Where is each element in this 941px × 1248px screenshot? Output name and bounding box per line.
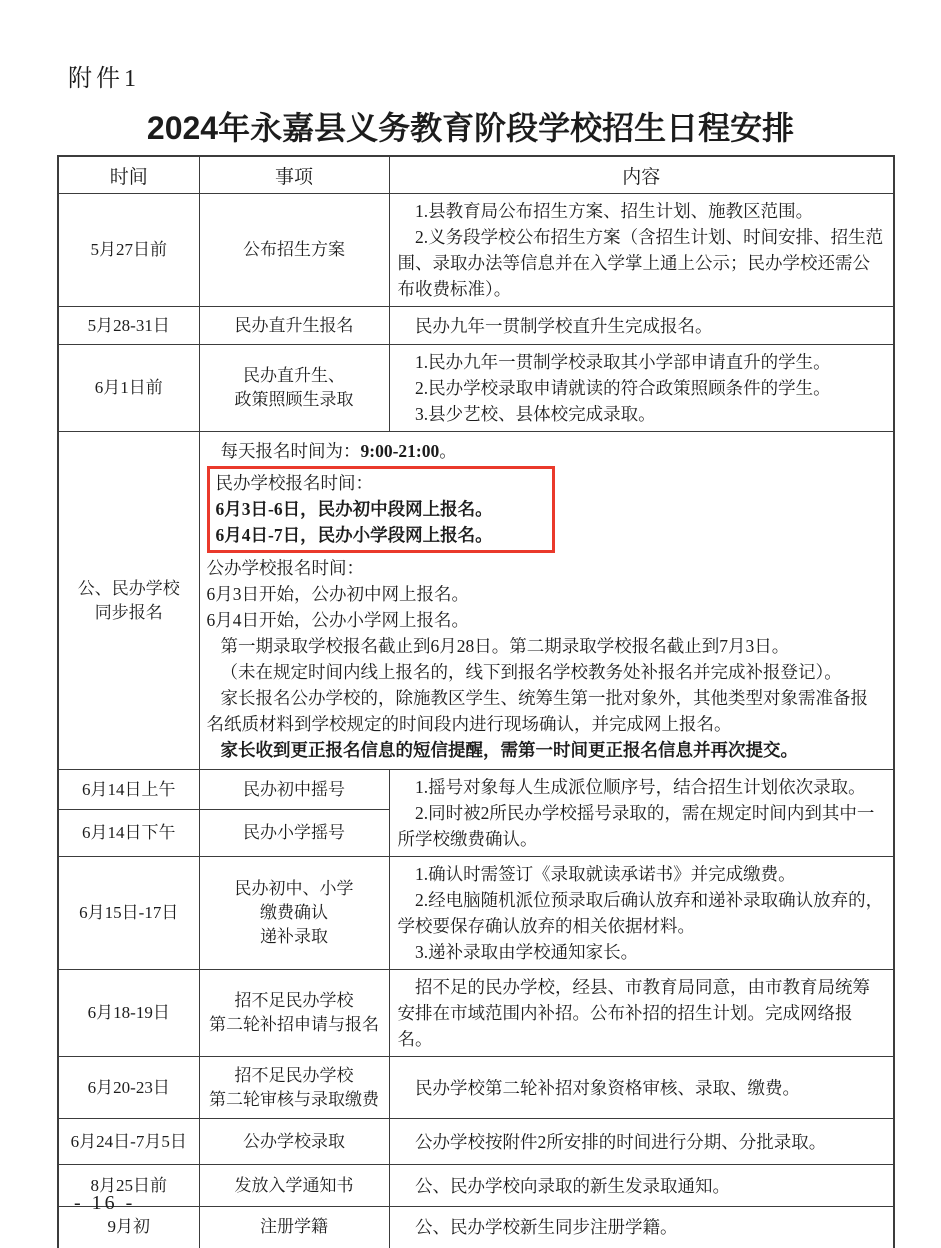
- time-cell: 6月24日-7月5日: [58, 1119, 199, 1165]
- content-paragraph: 公、民办学校新生同步注册学籍。: [398, 1214, 886, 1240]
- item-cell: 注册学籍: [199, 1207, 389, 1248]
- parent-note-paragraph: 家长报名公办学校的，除施教区学生、统筹生第一批对象外，其他类型对象需准备报名纸质…: [207, 685, 884, 737]
- item-cell: 公办学校录取: [199, 1119, 389, 1165]
- time-cell: 6月1日前: [58, 345, 199, 432]
- content-paragraph: 1.民办九年一贯制学校录取其小学部申请直升的学生。: [398, 349, 886, 375]
- public-reg-line: 6月4日开始，公办小学网上报名。: [207, 607, 884, 633]
- item-line: 缴费确认: [202, 901, 387, 925]
- column-header-time: 时间: [58, 156, 199, 194]
- item-line: 民办直升生、: [202, 364, 387, 388]
- private-reg-line: 6月4日-7日，民办小学段网上报名。: [216, 522, 546, 548]
- content-cell: 民办学校第二轮补招对象资格审核、录取、缴费。: [389, 1057, 894, 1119]
- time-cell: 6月14日上午: [58, 770, 199, 810]
- time-line: 公、民办学校: [61, 577, 197, 601]
- table-row: 6月15日-17日 民办初中、小学 缴费确认 递补录取 1.确认时需签订《录取就…: [58, 857, 894, 970]
- content-paragraph: 公办学校按附件2所安排的时间进行分期、分批录取。: [398, 1129, 886, 1155]
- content-cell: 招不足的民办学校，经县、市教育局同意，由市教育局统筹安排在市域范围内补招。公布补…: [389, 970, 894, 1057]
- schedule-table: 时间 事项 内容 5月27日前 公布招生方案 1.县教育局公布招生方案、招生计划…: [57, 155, 895, 1248]
- item-cell: 民办直升生、 政策照顾生录取: [199, 345, 389, 432]
- time-cell: 6月20-23日: [58, 1057, 199, 1119]
- content-cell: 1.摇号对象每人生成派位顺序号，结合招生计划依次录取。 2.同时被2所民办学校摇…: [389, 770, 894, 857]
- time-cell: 6月18-19日: [58, 970, 199, 1057]
- content-paragraph: 招不足的民办学校，经县、市教育局同意，由市教育局统筹安排在市域范围内补招。公布补…: [398, 974, 886, 1052]
- content-paragraph: 1.确认时需签订《录取就读承诺书》并完成缴费。: [398, 861, 886, 887]
- item-line: 第二轮补招申请与报名: [202, 1013, 387, 1037]
- item-cell: 发放入学通知书: [199, 1165, 389, 1207]
- sms-note-paragraph: 家长收到更正报名信息的短信提醒，需第一时间更正报名信息并再次提交。: [207, 737, 884, 763]
- item-cell: 公布招生方案: [199, 194, 389, 307]
- content-paragraph: 1.摇号对象每人生成派位顺序号，结合招生计划依次录取。: [398, 774, 886, 800]
- item-cell: 民办直升生报名: [199, 307, 389, 345]
- time-cell: 5月28-31日: [58, 307, 199, 345]
- public-reg-line: 6月3日开始，公办初中网上报名。: [207, 581, 884, 607]
- content-paragraph: 1.县教育局公布招生方案、招生计划、施教区范围。: [398, 198, 886, 224]
- public-reg-title: 公办学校报名时间：: [207, 555, 884, 581]
- column-header-item: 事项: [199, 156, 389, 194]
- content-paragraph: 3.县少艺校、县体校完成录取。: [398, 401, 886, 427]
- column-header-content: 内容: [389, 156, 894, 194]
- daily-time-value: 9:00-21:00: [361, 441, 440, 461]
- item-cell: 民办初中、小学 缴费确认 递补录取: [199, 857, 389, 970]
- table-header-row: 时间 事项 内容: [58, 156, 894, 194]
- item-line: 递补录取: [202, 925, 387, 949]
- content-cell: 公办学校按附件2所安排的时间进行分期、分批录取。: [389, 1119, 894, 1165]
- content-paragraph: 民办九年一贯制学校直升生完成报名。: [398, 313, 886, 339]
- table-row: 6月20-23日 招不足民办学校 第二轮审核与录取缴费 民办学校第二轮补招对象资…: [58, 1057, 894, 1119]
- offline-note-line: （未在规定时间内线上报名的，线下到报名学校教务处补报名并完成补报登记）。: [207, 659, 884, 685]
- content-cell: 每天报名时间为：9:00-21:00。 民办学校报名时间： 6月3日-6日，民办…: [199, 432, 894, 770]
- time-line: 同步报名: [61, 601, 197, 625]
- page-number: - 16 -: [74, 1192, 135, 1215]
- content-cell: 1.确认时需签订《录取就读承诺书》并完成缴费。 2.经电脑随机派位预录取后确认放…: [389, 857, 894, 970]
- content-paragraph: 2.经电脑随机派位预录取后确认放弃和递补录取确认放弃的，学校要保存确认放弃的相关…: [398, 887, 886, 939]
- private-reg-line: 6月3日-6日，民办初中段网上报名。: [216, 496, 546, 522]
- table-row: 6月24日-7月5日 公办学校录取 公办学校按附件2所安排的时间进行分期、分批录…: [58, 1119, 894, 1165]
- table-row: 公、民办学校 同步报名 每天报名时间为：9:00-21:00。 民办学校报名时间…: [58, 432, 894, 770]
- highlight-box: 民办学校报名时间： 6月3日-6日，民办初中段网上报名。 6月4日-7日，民办小…: [207, 466, 555, 553]
- daily-time-label: 每天报名时间为：: [221, 441, 361, 461]
- content-paragraph: 2.民办学校录取申请就读的符合政策照顾条件的学生。: [398, 375, 886, 401]
- item-cell: 招不足民办学校 第二轮审核与录取缴费: [199, 1057, 389, 1119]
- content-cell: 民办九年一贯制学校直升生完成报名。: [389, 307, 894, 345]
- table-row: 8月25日前 发放入学通知书 公、民办学校向录取的新生发录取通知。: [58, 1165, 894, 1207]
- content-paragraph: 2.义务段学校公布招生方案（含招生计划、时间安排、招生范围、录取办法等信息并在入…: [398, 224, 886, 302]
- item-line: 招不足民办学校: [202, 1064, 387, 1088]
- time-cell: 公、民办学校 同步报名: [58, 432, 199, 770]
- time-cell: 6月15日-17日: [58, 857, 199, 970]
- content-cell: 1.县教育局公布招生方案、招生计划、施教区范围。 2.义务段学校公布招生方案（含…: [389, 194, 894, 307]
- item-cell: 民办初中摇号: [199, 770, 389, 810]
- item-line: 招不足民办学校: [202, 989, 387, 1013]
- item-line: 民办初中、小学: [202, 877, 387, 901]
- content-cell: 公、民办学校新生同步注册学籍。: [389, 1207, 894, 1248]
- table-row: 5月27日前 公布招生方案 1.县教育局公布招生方案、招生计划、施教区范围。 2…: [58, 194, 894, 307]
- time-cell: 6月14日下午: [58, 810, 199, 857]
- daily-time-line: 每天报名时间为：9:00-21:00。: [207, 438, 884, 464]
- item-cell: 招不足民办学校 第二轮补招申请与报名: [199, 970, 389, 1057]
- item-line: 第二轮审核与录取缴费: [202, 1088, 387, 1112]
- content-paragraph: 公、民办学校向录取的新生发录取通知。: [398, 1173, 886, 1199]
- table-row: 6月14日上午 民办初中摇号 1.摇号对象每人生成派位顺序号，结合招生计划依次录…: [58, 770, 894, 810]
- content-paragraph: 2.同时被2所民办学校摇号录取的，需在规定时间内到其中一所学校缴费确认。: [398, 800, 886, 852]
- content-paragraph: 民办学校第二轮补招对象资格审核、录取、缴费。: [398, 1075, 886, 1101]
- daily-time-period: 。: [439, 441, 457, 461]
- time-cell: 5月27日前: [58, 194, 199, 307]
- deadline-line: 第一期录取学校报名截止到6月28日。第二期录取学校报名截止到7月3日。: [207, 633, 884, 659]
- item-line: 政策照顾生录取: [202, 388, 387, 412]
- attachment-label: 附件1: [68, 58, 140, 93]
- private-reg-title: 民办学校报名时间：: [216, 470, 546, 496]
- document-page: 附件1 2024年永嘉县义务教育阶段学校招生日程安排 时间 事项 内容 5月27…: [0, 0, 941, 1248]
- content-cell: 1.民办九年一贯制学校录取其小学部申请直升的学生。 2.民办学校录取申请就读的符…: [389, 345, 894, 432]
- table-row: 5月28-31日 民办直升生报名 民办九年一贯制学校直升生完成报名。: [58, 307, 894, 345]
- content-paragraph: 3.递补录取由学校通知家长。: [398, 939, 886, 965]
- table-row: 6月18-19日 招不足民办学校 第二轮补招申请与报名 招不足的民办学校，经县、…: [58, 970, 894, 1057]
- content-cell: 公、民办学校向录取的新生发录取通知。: [389, 1165, 894, 1207]
- table-row: 6月1日前 民办直升生、 政策照顾生录取 1.民办九年一贯制学校录取其小学部申请…: [58, 345, 894, 432]
- page-title: 2024年永嘉县义务教育阶段学校招生日程安排: [0, 103, 941, 149]
- item-cell: 民办小学摇号: [199, 810, 389, 857]
- table-row: 9月初 注册学籍 公、民办学校新生同步注册学籍。: [58, 1207, 894, 1248]
